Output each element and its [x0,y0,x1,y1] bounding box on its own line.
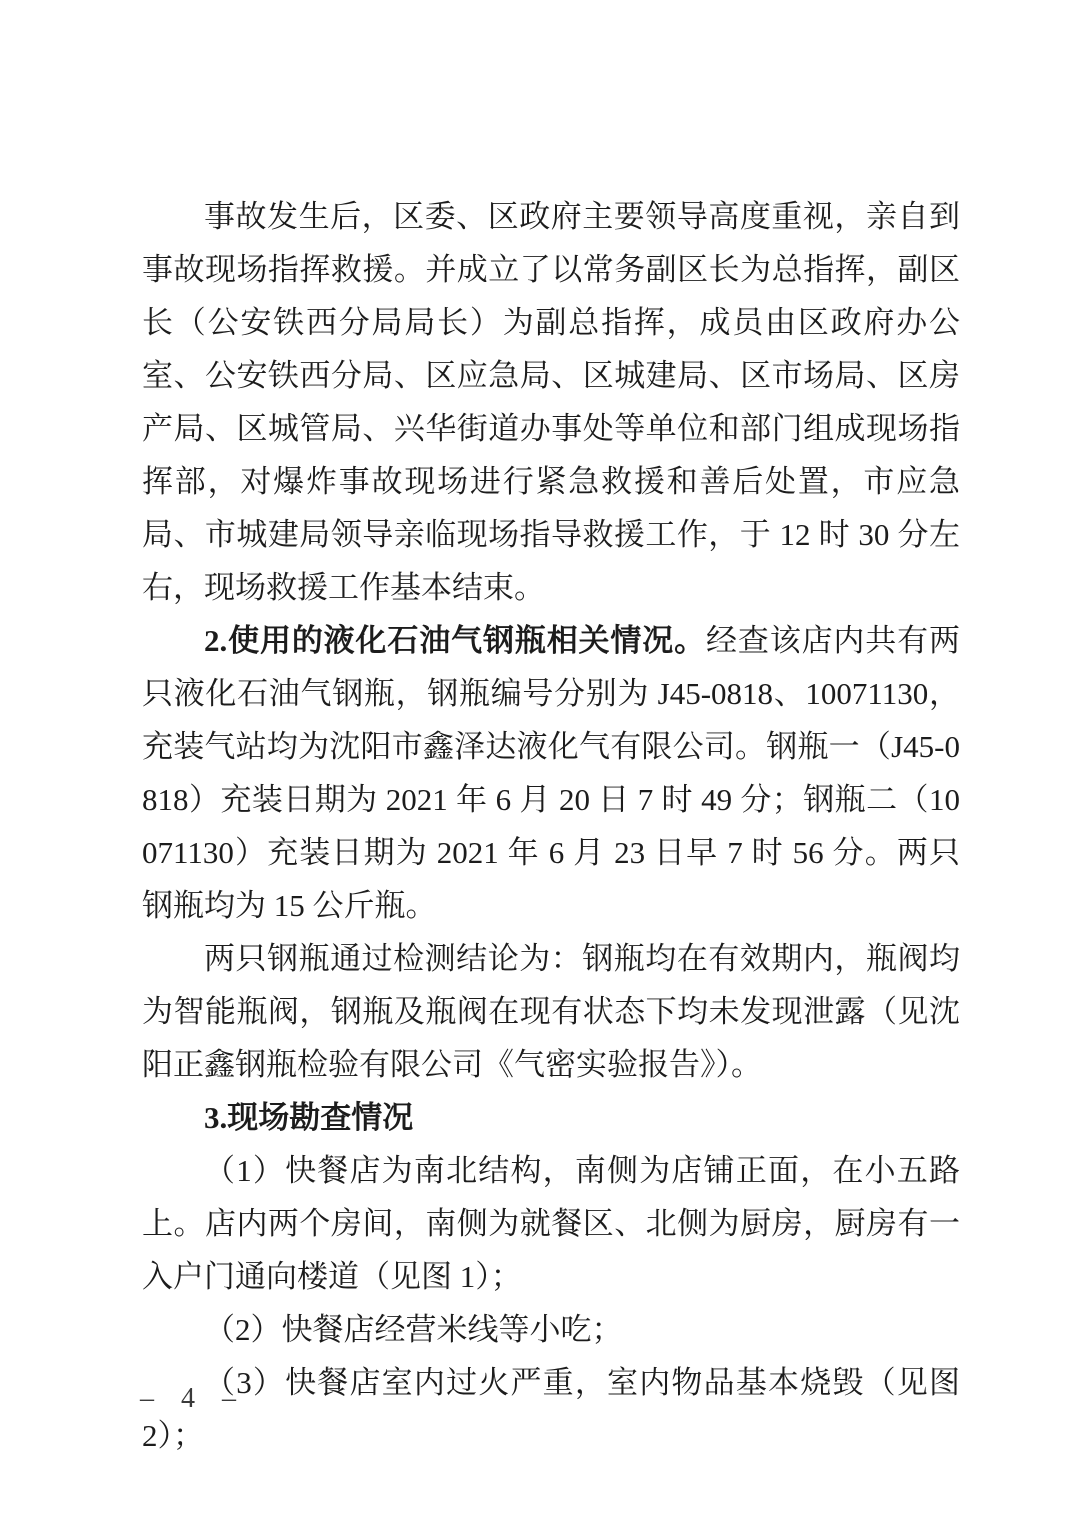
text-run: （3）快餐店室内过火严重，室内物品基本烧毁（见图 2）； [142,1365,960,1453]
paragraph-1: 事故发生后，区委、区政府主要领导高度重视，亲自到事故现场指挥救援。并成立了以常务… [142,190,960,614]
paragraph-4: 3.现场勘查情况 [142,1091,960,1144]
text-run: （2）快餐店经营米线等小吃； [204,1312,623,1347]
paragraph-6: （2）快餐店经营米线等小吃； [142,1303,960,1356]
text-run: 事故发生后，区委、区政府主要领导高度重视，亲自到事故现场指挥救援。并成立了以常务… [142,199,960,605]
paragraph-2: 2.使用的液化石油气钢瓶相关情况。经查该店内共有两只液化石油气钢瓶，钢瓶编号分别… [142,614,960,932]
document-page: 事故发生后，区委、区政府主要领导高度重视，亲自到事故现场指挥救援。并成立了以常务… [0,0,1080,1527]
text-run: （1）快餐店为南北结构，南侧为店铺正面，在小五路上。店内两个房间，南侧为就餐区、… [142,1153,960,1294]
bold-text-run: 2.使用的液化石油气钢瓶相关情况。 [204,623,706,658]
paragraph-7: （3）快餐店室内过火严重，室内物品基本烧毁（见图 2）； [142,1356,960,1462]
paragraph-5: （1）快餐店为南北结构，南侧为店铺正面，在小五路上。店内两个房间，南侧为就餐区、… [142,1144,960,1303]
document-body: 事故发生后，区委、区政府主要领导高度重视，亲自到事故现场指挥救援。并成立了以常务… [142,190,960,1462]
paragraph-3: 两只钢瓶通过检测结论为：钢瓶均在有效期内，瓶阀均为智能瓶阀，钢瓶及瓶阀在现有状态… [142,932,960,1091]
text-run: 两只钢瓶通过检测结论为：钢瓶均在有效期内，瓶阀均为智能瓶阀，钢瓶及瓶阀在现有状态… [142,941,960,1082]
bold-text-run: 3.现场勘查情况 [204,1100,413,1135]
page-number: – 4 – [140,1383,246,1415]
text-run: 经查该店内共有两只液化石油气钢瓶，钢瓶编号分别为 J45-0818、100711… [142,623,960,923]
